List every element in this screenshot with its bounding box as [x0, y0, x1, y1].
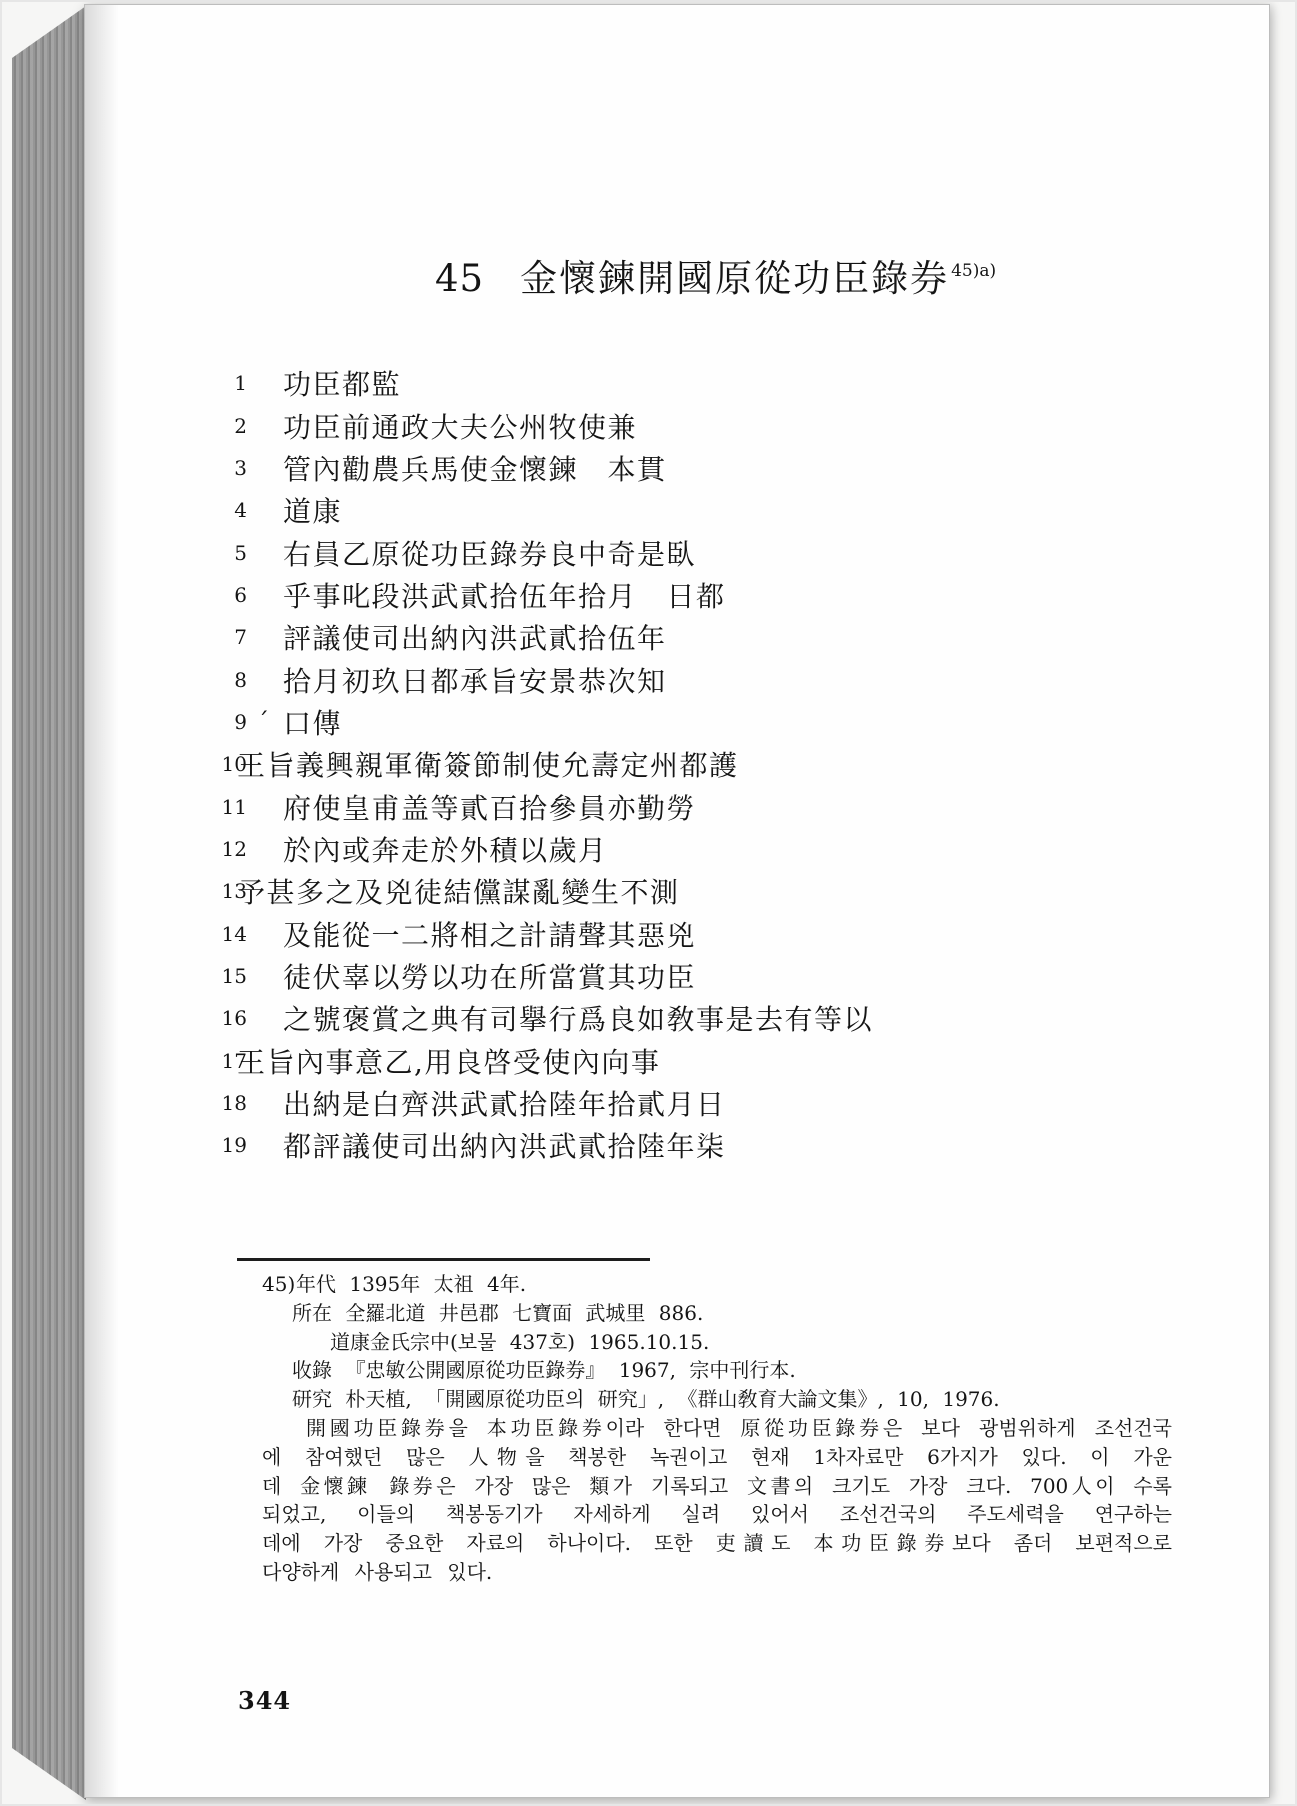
line-number: 19	[214, 1133, 247, 1157]
document-line: 6乎事叱段洪武貳拾伍年拾月 日都	[214, 574, 1134, 616]
line-text: 於內或奔走於外積以歲月	[283, 829, 608, 869]
line-text: 乎事叱段洪武貳拾伍年拾月 日都	[283, 575, 726, 615]
line-number: 5	[214, 541, 247, 565]
line-number: 12	[214, 837, 247, 861]
document-line: 11府使皇甫盖等貳百拾參員亦勤勞	[214, 785, 1134, 827]
line-number: 11	[214, 795, 247, 819]
footnote-text: 되었고, 이들의 책봉동기가 자세하게 실려 있어서 조선건국의 주도세력을 연…	[262, 1502, 1172, 1526]
footnote-line: 다양하게 사용되고 있다.	[262, 1558, 1172, 1587]
page-number: 344	[238, 1686, 291, 1715]
footnote-line: 데 金懷鍊 錄券은 가장 많은 類가 기록되고 文書의 크기도 가장 크다. 7…	[262, 1472, 1172, 1501]
document-line: 19都評議使司出納內洪武貳拾陸年柒	[214, 1124, 1134, 1166]
footnote-line: 所在 全羅北道 井邑郡 七寶面 武城里 886.	[262, 1299, 1172, 1328]
document-line: 15徒伏辜以勞以功在所當賞其功臣	[214, 955, 1134, 997]
line-text: 王旨內事意乙,用良啓受使內向事	[237, 1041, 660, 1081]
footnote-text: 다양하게 사용되고 있다.	[262, 1560, 492, 1584]
page-title: 45金懷鍊開國原從功臣錄券45)a)	[435, 248, 996, 302]
document-line: 16之號褒賞之典有司擧行爲良如敎事是去有等以	[214, 997, 1134, 1039]
line-text: 功臣前通政大夫公州牧使兼	[283, 406, 637, 446]
document-line: 10王旨義興親軍衛簽節制使允壽定州都護	[214, 743, 1134, 785]
footnote-line: 開國功臣錄券을 本功臣錄券이라 한다면 原從功臣錄券은 보다 광범위하게 조선건…	[262, 1414, 1172, 1443]
line-number: 2	[214, 414, 247, 438]
reading-mark: ´	[257, 708, 267, 736]
document-line: 14及能從一二將相之計請聲其惡兇	[214, 912, 1134, 954]
footnote-line: 道康金氏宗中(보물 437호) 1965.10.15.	[262, 1328, 1172, 1357]
footnote-text: 收錄 『忠敏公開國原從功臣錄券』 1967, 宗中刊行本.	[292, 1358, 796, 1382]
document-line: 18出納是白齊洪武貳拾陸年拾貳月日	[214, 1082, 1134, 1124]
document-line: 17王旨內事意乙,用良啓受使內向事	[214, 1040, 1134, 1082]
line-text: 徒伏辜以勞以功在所當賞其功臣	[283, 956, 696, 996]
line-number: 15	[214, 964, 247, 988]
line-number: 14	[214, 922, 247, 946]
footnote-separator-rule	[237, 1258, 650, 1261]
footnote-line: 收錄 『忠敏公開國原從功臣錄券』 1967, 宗中刊行本.	[262, 1356, 1172, 1385]
line-number: 1	[214, 371, 247, 395]
line-text: 之號褒賞之典有司擧行爲良如敎事是去有等以	[283, 998, 873, 1038]
document-line: 5右員乙原從功臣錄券良中奇是臥	[214, 531, 1134, 573]
document-line: 1功臣都監	[214, 362, 1134, 404]
document-line: 2功臣前通政大夫公州牧使兼	[214, 404, 1134, 446]
line-number: 8	[214, 668, 247, 692]
footnote-text: 所在 全羅北道 井邑郡 七寶面 武城里 886.	[292, 1301, 703, 1325]
footnote-block: 45)年代 1395年 太祖 4年.所在 全羅北道 井邑郡 七寶面 武城里 88…	[262, 1270, 1172, 1587]
entry-title-text: 金懷鍊開國原從功臣錄券	[520, 257, 949, 300]
line-text: 拾月初玖日都承旨安景恭次知	[283, 660, 667, 700]
line-text: 評議使司出納內洪武貳拾伍年	[283, 617, 667, 657]
footnote-text: 데 金懷鍊 錄券은 가장 많은 類가 기록되고 文書의 크기도 가장 크다. 7…	[262, 1474, 1172, 1498]
document-line: 7評議使司出納內洪武貳拾伍年	[214, 616, 1134, 658]
line-number: 9	[214, 710, 247, 734]
document-lines: 1功臣都監2功臣前通政大夫公州牧使兼3管內勸農兵馬使金懷鍊 本貫4道康5右員乙原…	[214, 362, 1134, 1167]
footnote-reference-marker: 45)a)	[951, 261, 996, 281]
footnote-line: 45)年代 1395年 太祖 4年.	[262, 1270, 296, 1299]
footnote-text: 에 참여했던 많은 人物을 책봉한 녹권이고 현재 1차자료만 6가지가 있다.…	[262, 1445, 1172, 1469]
line-text: 右員乙原從功臣錄券良中奇是臥	[283, 533, 696, 573]
footnote-line: 에 참여했던 많은 人物을 책봉한 녹권이고 현재 1차자료만 6가지가 있다.…	[262, 1443, 1172, 1472]
document-line: 8拾月初玖日都承旨安景恭次知	[214, 658, 1134, 700]
line-number: 18	[214, 1091, 247, 1115]
footnote-text: 데에 가장 중요한 자료의 하나이다. 또한 吏讀도 本功臣錄券보다 좀더 보편…	[262, 1531, 1172, 1555]
footnote-text: 年代 1395年 太祖 4年.	[296, 1272, 526, 1296]
line-text: 管內勸農兵馬使金懷鍊 本貫	[283, 448, 667, 488]
footnote-line: 데에 가장 중요한 자료의 하나이다. 또한 吏讀도 本功臣錄券보다 좀더 보편…	[262, 1529, 1172, 1558]
document-line: 9´口傳	[214, 701, 1134, 743]
footnote-label: 45)	[262, 1270, 296, 1299]
line-text: 口傳	[283, 702, 342, 742]
document-line: 12於內或奔走於外積以歲月	[214, 828, 1134, 870]
line-number: 7	[214, 625, 247, 649]
line-text: 出納是白齊洪武貳拾陸年拾貳月日	[283, 1083, 726, 1123]
line-text: 道康	[283, 490, 342, 530]
line-text: 府使皇甫盖等貳百拾參員亦勤勞	[283, 787, 696, 827]
footnote-text: 道康金氏宗中(보물 437호) 1965.10.15.	[330, 1330, 709, 1354]
line-text: 及能從一二將相之計請聲其惡兇	[283, 914, 696, 954]
footnote-text: 研究 朴天植, 「開國原從功臣의 研究」, 《群山敎育大論文集》, 10, 19…	[292, 1387, 1000, 1411]
line-text: 予甚多之及兇徒結儻謀亂變生不測	[237, 871, 680, 911]
entry-number: 45	[435, 257, 484, 300]
line-text: 功臣都監	[283, 363, 401, 403]
document-line: 3管內勸農兵馬使金懷鍊 本貫	[214, 447, 1134, 489]
footnote-text: 開國功臣錄券을 本功臣錄券이라 한다면 原從功臣錄券은 보다 광범위하게 조선건…	[306, 1416, 1172, 1440]
document-line: 13予甚多之及兇徒結儻謀亂變生不測	[214, 870, 1134, 912]
document-line: 4道康	[214, 489, 1134, 531]
line-number: 6	[214, 583, 247, 607]
line-text: 都評議使司出納內洪武貳拾陸年柒	[283, 1125, 726, 1165]
footnote-line: 研究 朴天植, 「開國原從功臣의 研究」, 《群山敎育大論文集》, 10, 19…	[262, 1385, 1172, 1414]
footnote-line: 되었고, 이들의 책봉동기가 자세하게 실려 있어서 조선건국의 주도세력을 연…	[262, 1500, 1172, 1529]
line-number: 3	[214, 456, 247, 480]
line-number: 4	[214, 498, 247, 522]
line-number: 16	[214, 1006, 247, 1030]
line-text: 王旨義興親軍衛簽節制使允壽定州都護	[237, 744, 739, 784]
